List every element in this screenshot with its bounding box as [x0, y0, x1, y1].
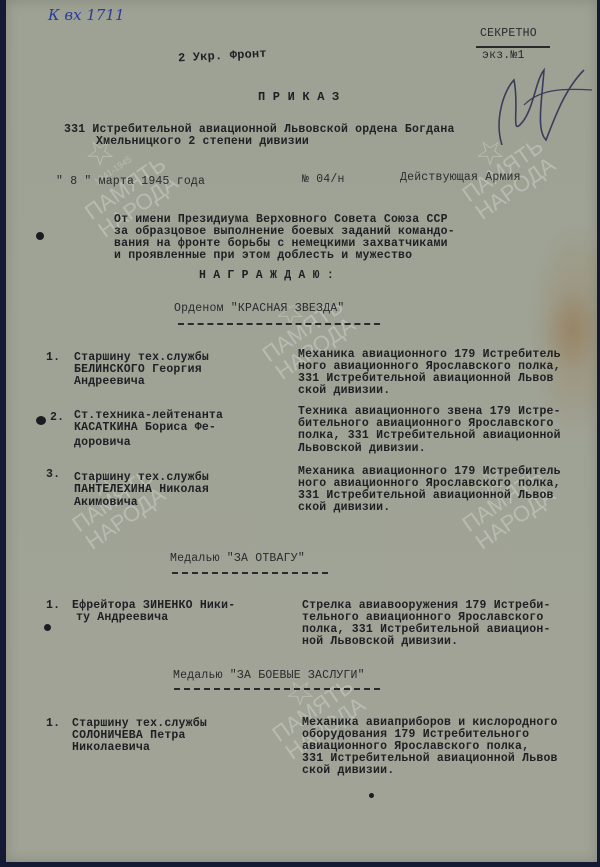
award-underline: [178, 323, 380, 325]
order-location: Действующая Армия: [400, 172, 521, 185]
document-title: П Р И К А З: [258, 91, 339, 104]
award-underline: [172, 572, 328, 574]
punch-hole: [44, 624, 51, 631]
punch-hole: [36, 232, 44, 240]
order-date: " 8 " марта 1945 года: [56, 176, 205, 189]
document-page: ☆ 1941-1945 ПАМЯТЬ НАРОДА ☆ ПАМЯТЬ НАРОД…: [6, 0, 597, 862]
secrecy-stamp: СЕКРЕТНО: [480, 28, 537, 41]
ink-dot: [369, 793, 374, 798]
punch-hole: [36, 416, 46, 425]
signature: [484, 50, 594, 145]
award-underline: [174, 688, 380, 690]
handwritten-reference: К вх 1711: [48, 6, 125, 24]
divider: [476, 46, 550, 48]
award-title: Орденом "КРАСНАЯ ЗВЕЗДА": [174, 303, 344, 316]
award-heading: Н А Г Р А Ж Д А Ю :: [199, 270, 334, 283]
award-title: Медалью "ЗА БОЕВЫЕ ЗАСЛУГИ": [173, 670, 365, 683]
order-number: № 04/н: [302, 174, 345, 187]
front-name: 2 Укр. Фронт: [178, 48, 267, 65]
unit-name-line2: Хмельницкого 2 степени дивизии: [96, 136, 309, 149]
award-title: Медалью "ЗА ОТВАГУ": [170, 553, 305, 566]
